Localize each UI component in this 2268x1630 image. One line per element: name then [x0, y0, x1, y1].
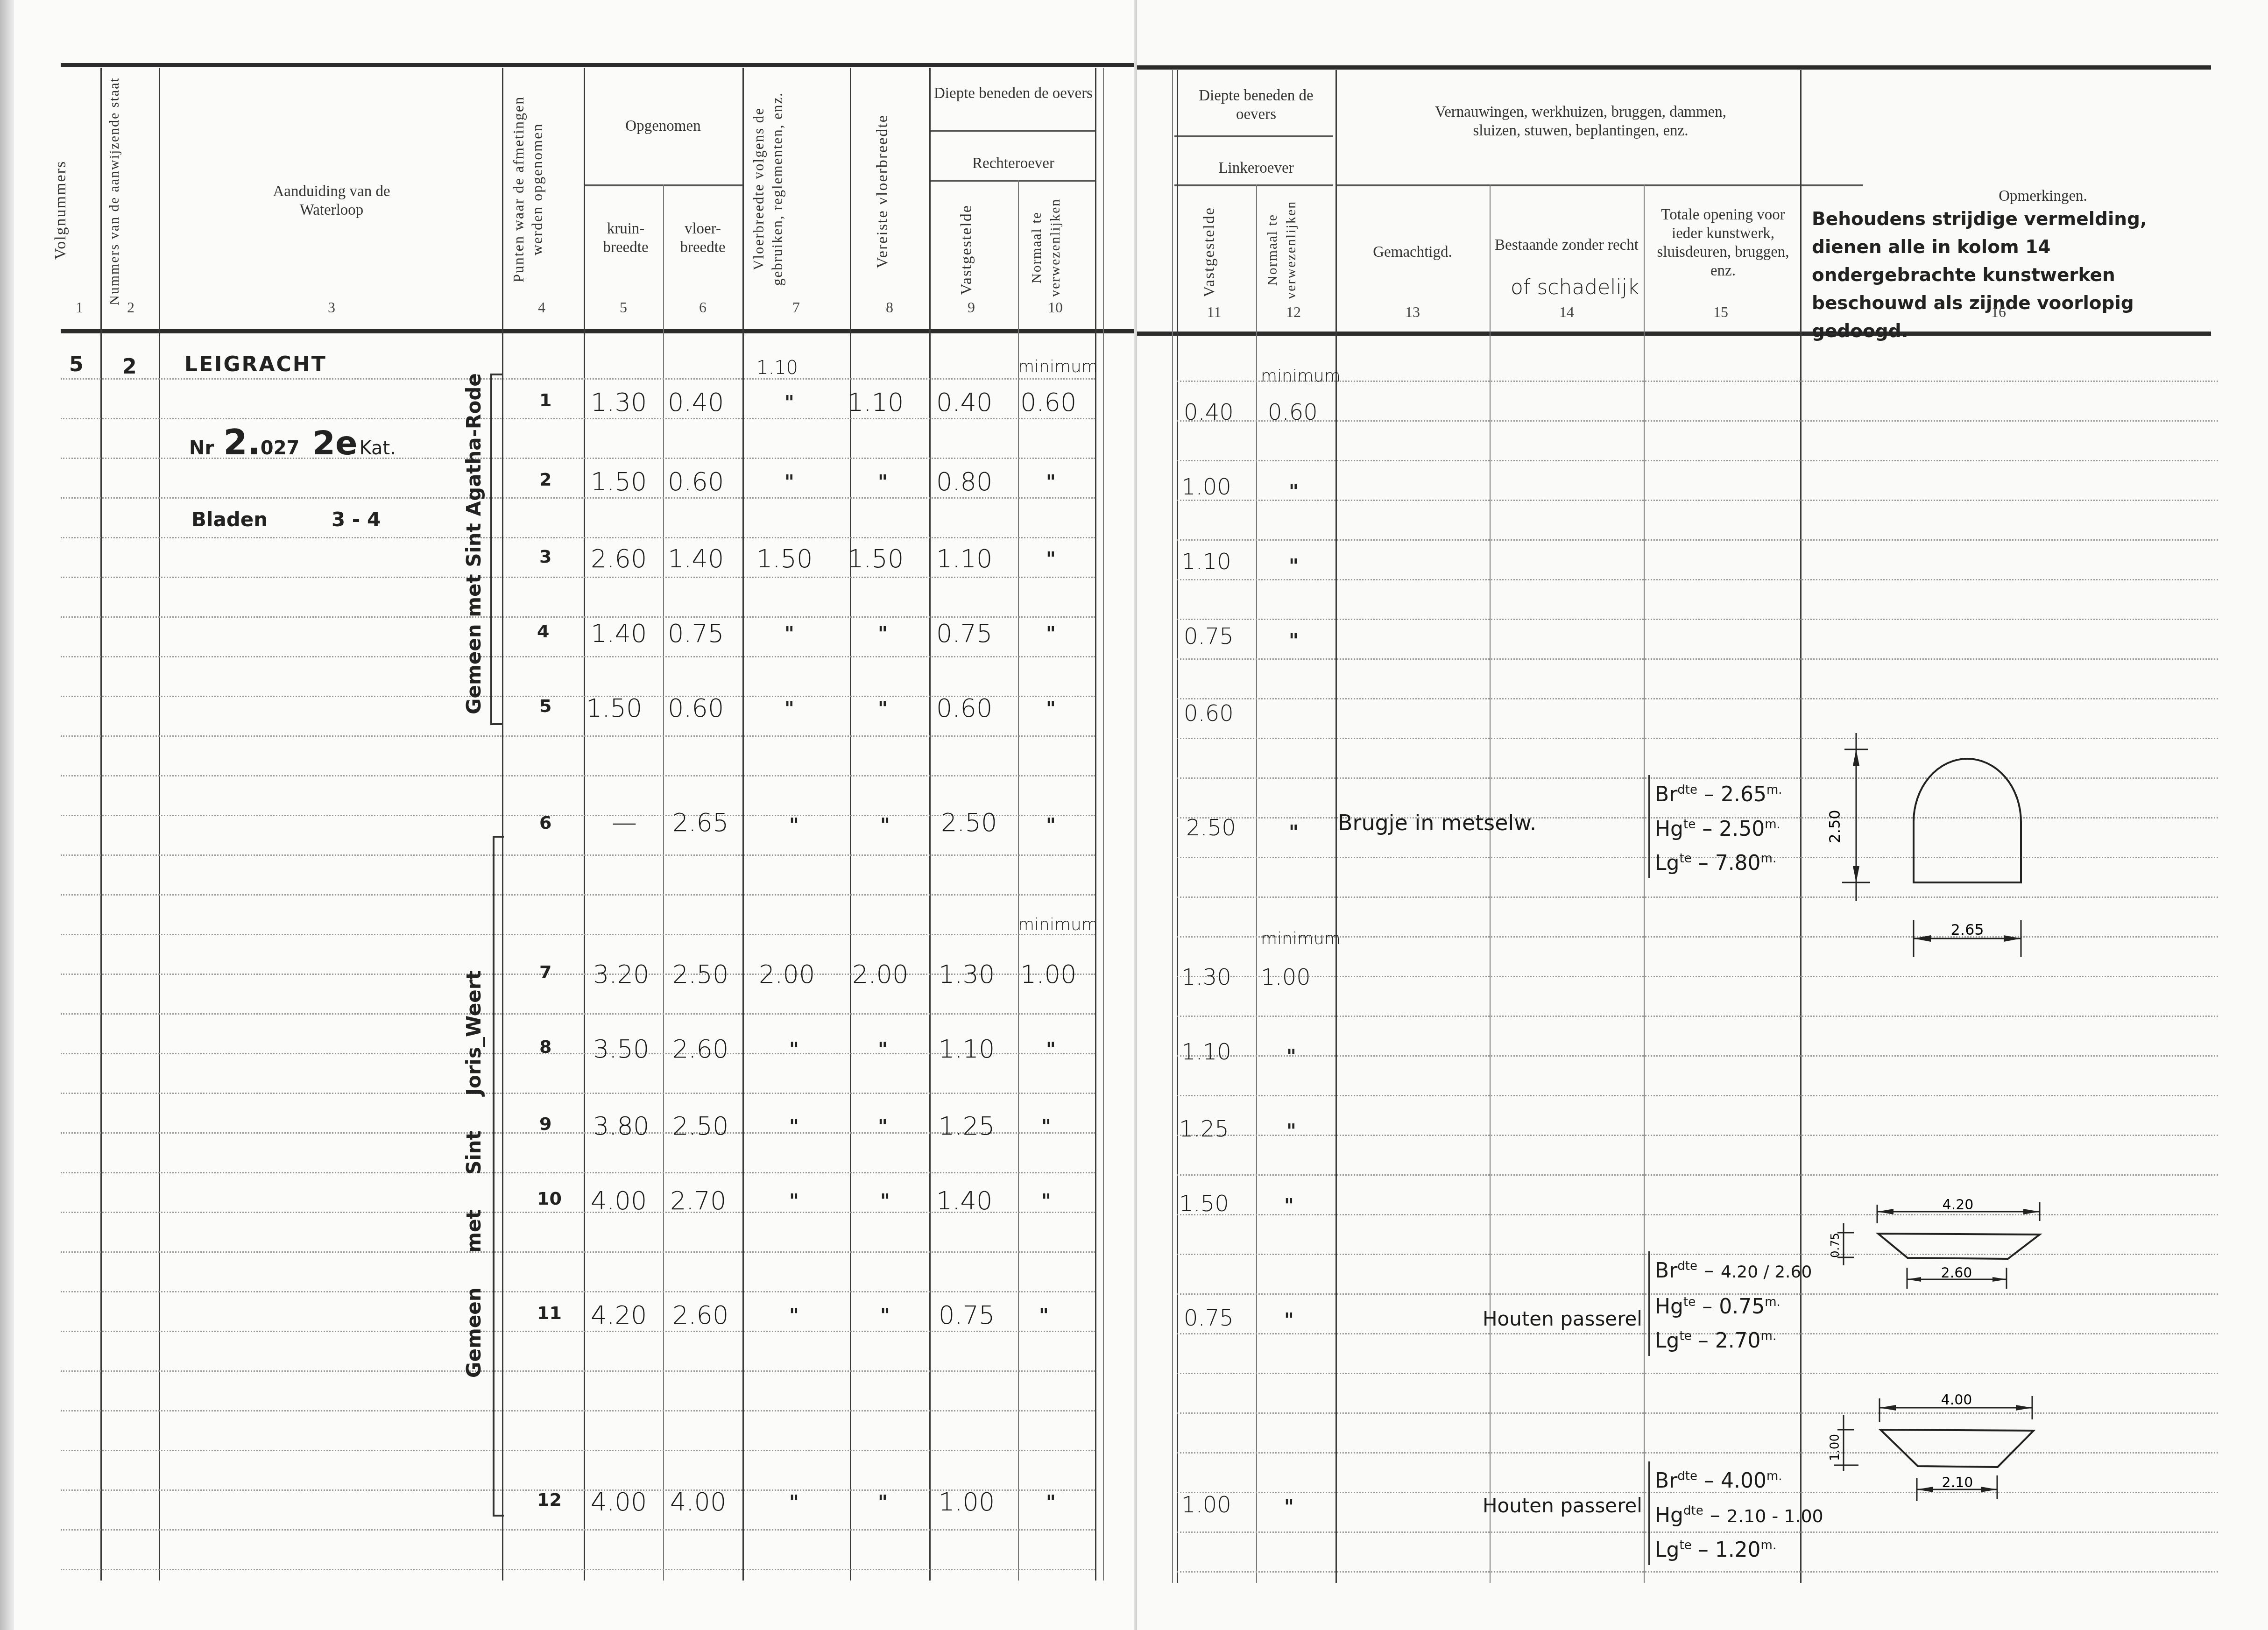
header-vloerbreedte-gebruiken: Vloerbreedte volgens de gebruiken, regle…	[749, 70, 843, 308]
header-vernauwingen: Vernauwingen, werkhuizen, bruggen, damme…	[1417, 103, 1744, 140]
normaal-l: "	[1286, 1121, 1296, 1142]
dim-value: 2.50	[1719, 817, 1765, 840]
punt: 11	[537, 1303, 562, 1323]
header-opmerkingen: Opmerkingen.	[1973, 187, 2113, 205]
punt: 12	[537, 1489, 562, 1510]
col-divider	[100, 68, 102, 1581]
waterloop-number: Nr 2.027 2e Kat.	[189, 423, 396, 463]
row-line	[61, 1410, 1095, 1411]
dim-unit: m.	[1761, 1538, 1777, 1552]
row-line	[1177, 1016, 2218, 1017]
row-line	[61, 378, 1095, 380]
vloerbreedte: 4.00	[670, 1487, 726, 1517]
header-vastgestelde-r: Vastgestelde	[957, 191, 990, 308]
dim-value: 0.75	[1719, 1294, 1765, 1318]
vastgestelde-r: 0.80	[936, 467, 992, 496]
col-number: 4	[528, 299, 556, 316]
municipality-bracket-2	[493, 836, 504, 1517]
dim-sup: te	[1679, 852, 1691, 866]
nr-prefix: Nr	[189, 437, 214, 459]
dim-sup: te	[1683, 1295, 1696, 1309]
row-line	[61, 1331, 1095, 1332]
vastgestelde-r: 1.00	[939, 1487, 995, 1517]
row-line	[1177, 1174, 2218, 1176]
waterloop-name: LEIGRACHT	[184, 353, 327, 376]
row-line	[1177, 698, 2218, 699]
structure-dims: Brdte – 4.20 / 2.60 Hgte – 0.75m. Lgte –…	[1648, 1251, 1812, 1356]
vastgestelde-r: 0.60	[936, 693, 992, 723]
normaal-l: "	[1289, 481, 1299, 502]
dim-sup: dte	[1677, 1469, 1697, 1483]
kruinbreedte: 1.40	[591, 619, 647, 648]
col12-note-2: minimum	[1261, 929, 1341, 948]
dim-unit: m.	[1766, 783, 1782, 797]
kruinbreedte: 3.80	[593, 1111, 649, 1141]
kruinbreedte: 4.20	[591, 1300, 647, 1330]
header-vastgestelde-l: Vastgestelde	[1200, 196, 1233, 308]
right-page: Diepte beneden de oevers Linkeroever Vas…	[1137, 0, 2268, 1630]
vloerbreedte: 1.40	[668, 544, 724, 573]
vereiste: "	[878, 698, 888, 720]
row-line	[61, 815, 1095, 816]
structure-name: Houten passerel	[1483, 1494, 1642, 1517]
dim-sup: dte	[1677, 783, 1697, 797]
dim-unit: m.	[1766, 1469, 1782, 1483]
row-line	[61, 894, 1095, 896]
linkeroever-rule	[1174, 184, 1333, 186]
col-divider	[1103, 68, 1104, 1581]
row-line	[1177, 579, 2218, 580]
kategorie: 2e	[312, 424, 357, 462]
kruinbreedte: 2.60	[591, 544, 647, 573]
punt: 1	[539, 390, 551, 410]
header-gemachtigd: Gemachtigd.	[1338, 243, 1487, 261]
punt: 8	[539, 1037, 551, 1057]
row-line	[61, 934, 1095, 935]
col-number: 11	[1200, 303, 1228, 321]
dim-label: Hg	[1655, 1503, 1683, 1527]
vloerbreedte: 2.70	[670, 1186, 726, 1215]
col-divider	[1172, 70, 1173, 1583]
vloerbreedte: 2.60	[672, 1300, 728, 1330]
col-number: 15	[1707, 303, 1735, 321]
arch-height-label: 2.50	[1826, 810, 1844, 843]
vereiste: "	[878, 472, 888, 493]
normaal-l: "	[1289, 630, 1299, 652]
col-divider	[850, 68, 851, 1581]
vloerbreedte-gebruiken: "	[784, 698, 794, 720]
col-number: 14	[1553, 303, 1581, 321]
punt: 10	[537, 1188, 562, 1209]
remark-text: Behoudens strijdige vermelding, dienen a…	[1812, 205, 2199, 346]
arch-width-label: 2.65	[1950, 921, 1984, 938]
header-totale-opening: Totale opening voor ieder kunstwerk, slu…	[1648, 205, 1798, 280]
normaal-r: 1.00	[1020, 960, 1076, 989]
vloerbreedte: 2.50	[672, 960, 728, 989]
header-diepte: Diepte beneden de oevers	[1179, 86, 1333, 124]
col-number: 3	[318, 299, 346, 316]
dim-sup: te	[1679, 1538, 1691, 1552]
dim-label: Lg	[1655, 1538, 1679, 1562]
nr-main: 2.	[223, 423, 261, 463]
row-line	[61, 1529, 1095, 1531]
row-line	[61, 1370, 1095, 1372]
dim-unit: m.	[1765, 818, 1780, 832]
dim-value: 7.80	[1715, 851, 1761, 875]
header-rechteroever: Rechteroever	[934, 154, 1093, 173]
structure-name: Brugje in metselw.	[1338, 810, 1536, 835]
vastgestelde-l: 1.25	[1179, 1116, 1229, 1142]
col-number: 9	[957, 299, 985, 316]
passerel-1-height-label: 0.75	[1829, 1233, 1842, 1257]
dim-label: Br	[1655, 1259, 1677, 1283]
vastgestelde-r: 0.75	[936, 619, 992, 648]
vereiste: 1.10	[848, 388, 904, 417]
col-number: 10	[1041, 299, 1069, 316]
vloerbreedte-gebruiken: 2.00	[759, 960, 815, 989]
row-line	[61, 1013, 1095, 1015]
header-volgnummers: Volgnummers	[51, 112, 79, 308]
row-line	[61, 854, 1095, 856]
vloerbreedte: 2.50	[672, 1111, 728, 1141]
col-divider	[1800, 70, 1802, 1583]
normaal-l: "	[1284, 1496, 1294, 1518]
row-line	[1177, 1135, 2218, 1136]
row-line	[61, 497, 1095, 499]
normaal-r: 0.60	[1020, 388, 1076, 417]
arch-bridge-drawing: 2.50 2.65	[1821, 733, 2064, 976]
vastgestelde-l: 1.10	[1181, 549, 1231, 575]
row-line	[61, 1251, 1095, 1253]
vereiste: 2.00	[852, 960, 908, 989]
page-edge	[0, 0, 14, 1630]
top-rule	[61, 63, 1135, 67]
vloerbreedte-gebruiken: "	[789, 1492, 799, 1513]
municipality-label-2: Gemeen met Sint Joris_Weert	[462, 840, 485, 1508]
normaal-r: "	[1046, 549, 1056, 570]
normaal-r: "	[1041, 1116, 1051, 1137]
vastgestelde-l: 1.10	[1181, 1039, 1231, 1065]
vereiste: "	[878, 623, 888, 645]
vloerbreedte: 0.40	[668, 388, 724, 417]
punt: 4	[537, 621, 549, 642]
punt: 2	[539, 469, 551, 490]
vereiste: "	[878, 1039, 888, 1060]
row-line	[1177, 539, 2218, 541]
vloerbreedte-gebruiken: "	[789, 1305, 799, 1327]
dim-value: 2.65	[1721, 783, 1766, 806]
kruinbreedte: 3.50	[593, 1034, 649, 1064]
col12-note-1: minimum	[1261, 367, 1341, 386]
row-line	[61, 616, 1095, 618]
dim-breedte: Brdte – 2.65m.	[1655, 775, 1782, 810]
col-divider	[159, 68, 160, 1581]
vereiste: "	[880, 815, 890, 836]
vastgestelde-r: 1.10	[939, 1034, 995, 1064]
normaal-r: "	[1046, 472, 1056, 493]
header-vereiste-vloerbreedte: Vereiste vloerbreedte	[873, 93, 906, 289]
dim-lengte: Lgte – 7.80m.	[1655, 844, 1782, 878]
staat-nummer: 2	[122, 355, 137, 379]
vastgestelde-l: 1.00	[1181, 474, 1231, 500]
row-line	[61, 1093, 1095, 1094]
col-divider	[1335, 70, 1337, 1583]
passerel-drawing-2: 4.00 2.10 1.00	[1821, 1307, 2064, 1513]
row-line	[1177, 1095, 2218, 1096]
dim-unit: m.	[1761, 852, 1777, 866]
normaal-r: "	[1046, 1492, 1056, 1513]
vastgestelde-l: 0.75	[1184, 623, 1234, 649]
vloerbreedte-gebruiken: "	[789, 1191, 799, 1212]
diepte-rule	[1174, 135, 1333, 137]
col-number: 1	[65, 299, 93, 316]
dim-label: Lg	[1655, 1329, 1679, 1353]
vastgestelde-l: 1.00	[1181, 1492, 1231, 1518]
dim-label: Hg	[1655, 817, 1683, 840]
vloerbreedte-gebruiken: "	[789, 1116, 799, 1137]
header-aanduiding: Aanduiding van de Waterloop	[261, 182, 402, 219]
header-punten: Punten waar de afmetingen werden opgenom…	[509, 70, 579, 308]
row-line	[61, 1450, 1095, 1451]
diepte-rule	[929, 130, 1095, 132]
vastgestelde-l: 2.50	[1186, 815, 1236, 841]
dim-value: 1.20	[1715, 1538, 1761, 1562]
municipality-label-1: Gemeen met Sint Agatha-Rode	[462, 369, 485, 714]
punt: 9	[539, 1114, 551, 1134]
col-number: 5	[609, 299, 637, 316]
kruinbreedte: 1.50	[586, 693, 642, 723]
kruinbreedte: 4.00	[591, 1186, 647, 1215]
dim-breedte: Brdte – 4.00m.	[1655, 1461, 1823, 1496]
normaal-r: "	[1039, 1305, 1049, 1327]
header-nummers-staat: Nummers van de aanwijzende staat	[105, 75, 152, 308]
row-line	[61, 1172, 1095, 1173]
kruinbreedte: 1.50	[591, 467, 647, 496]
vloerbreedte-gebruiken: "	[789, 1039, 799, 1060]
vastgestelde-r: 0.40	[936, 388, 992, 417]
dim-unit: m.	[1761, 1329, 1777, 1343]
kruinbreedte: —	[612, 808, 637, 837]
dim-value: 4.20 / 2.60	[1721, 1263, 1812, 1282]
structure-dims: Brdte – 2.65m. Hgte – 2.50m. Lgte – 7.80…	[1648, 775, 1782, 878]
vereiste: "	[878, 1492, 888, 1513]
col-divider	[742, 68, 744, 1581]
bladen-label: Bladen	[191, 508, 268, 531]
normaal-r: "	[1046, 815, 1056, 836]
header-normaal-r: Normaal te verwezenlijken	[1027, 187, 1088, 308]
vloerbreedte: 0.75	[668, 619, 724, 648]
header-vloerbreedte: vloer-breedte	[665, 219, 740, 257]
dim-lengte: Lgte – 1.20m.	[1655, 1531, 1823, 1565]
dim-sup: dte	[1683, 1504, 1703, 1518]
kruinbreedte: 4.00	[591, 1487, 647, 1517]
kruinbreedte: 3.20	[593, 960, 649, 989]
row-line	[61, 735, 1095, 737]
passerel-2-height-label: 1.00	[1828, 1434, 1842, 1461]
row-line	[61, 1291, 1095, 1292]
header-diepte: Diepte beneden de oevers	[934, 84, 1093, 103]
vloerbreedte: 2.60	[672, 1034, 728, 1064]
header-kruinbreedte: kruin-breedte	[588, 219, 663, 257]
vloerbreedte: 0.60	[668, 467, 724, 496]
vastgestelde-r: 1.25	[939, 1111, 995, 1141]
header-normaal-l: Normaal te verwezenlijken	[1263, 191, 1324, 308]
dim-hoogte: Hgte – 2.50m.	[1655, 810, 1782, 844]
col-divider	[584, 68, 585, 1581]
col10-note-1: minimum	[1018, 357, 1098, 376]
dim-value: 2.70	[1715, 1329, 1761, 1353]
row-line	[61, 775, 1095, 776]
normaal-l: "	[1286, 1046, 1296, 1067]
vastgestelde-r: 1.10	[936, 544, 992, 573]
header-opgenomen: Opgenomen	[588, 117, 738, 135]
passerel-1-bottom-label: 2.60	[1941, 1265, 1972, 1281]
kruinbreedte: 1.30	[591, 388, 647, 417]
dim-breedte: Brdte – 4.20 / 2.60	[1655, 1251, 1812, 1287]
vastgestelde-l: 0.75	[1184, 1305, 1234, 1331]
col-number: 7	[782, 299, 810, 316]
header-bestaande: Bestaande zonder recht	[1494, 236, 1639, 254]
vloerbreedte: 0.60	[668, 693, 724, 723]
row-line	[61, 418, 1095, 419]
vastgestelde-r: 1.30	[939, 960, 995, 989]
row-line	[1177, 1571, 2218, 1573]
vereiste: 1.50	[848, 544, 904, 573]
rechteroever-rule	[929, 180, 1095, 182]
dim-unit: m.	[1765, 1295, 1780, 1309]
dim-hoogte: Hgdte – 2.10 - 1.00	[1655, 1496, 1823, 1531]
dim-label: Br	[1655, 783, 1677, 806]
row-line	[1177, 1055, 2218, 1057]
row-line	[61, 1569, 1095, 1570]
passerel-drawing-1: 4.20 2.60 0.75	[1821, 1195, 2064, 1307]
row-line	[1177, 500, 2218, 501]
top-rule	[1137, 65, 2211, 70]
row-line	[61, 537, 1095, 538]
normaal-l: "	[1289, 822, 1299, 843]
left-page: Volgnummers Nummers van de aanwijzende s…	[0, 0, 1137, 1630]
col-number: 6	[689, 299, 717, 316]
row-line	[1177, 619, 2218, 620]
dim-sup: te	[1679, 1329, 1691, 1343]
dim-label: Br	[1655, 1469, 1677, 1493]
punt: 3	[539, 546, 551, 567]
col-number: 16	[1985, 303, 2013, 321]
col-divider	[929, 68, 931, 1581]
col-number: 2	[117, 299, 145, 316]
passerel-1-top-label: 4.20	[1943, 1197, 1974, 1213]
dim-label: Lg	[1655, 851, 1679, 875]
normaal-l: "	[1284, 1310, 1294, 1331]
passerel-2-bottom-label: 2.10	[1942, 1475, 1973, 1491]
vloerbreedte-gebruiken: "	[784, 623, 794, 645]
vloerbreedte-gebruiken: "	[784, 472, 794, 493]
dim-sup: dte	[1677, 1259, 1697, 1273]
bladen-value: 3 - 4	[332, 508, 381, 531]
vereiste: "	[880, 1191, 890, 1212]
row-line	[1177, 420, 2218, 422]
municipality-bracket-1	[490, 374, 502, 725]
punt: 7	[539, 962, 551, 982]
dim-value: 2.10 - 1.00	[1727, 1505, 1823, 1526]
punt: 6	[539, 812, 551, 833]
vastgestelde-r: 0.75	[939, 1300, 995, 1330]
col-divider	[1095, 68, 1096, 1581]
normaal-r: "	[1046, 1039, 1056, 1060]
col-divider	[1177, 70, 1178, 1583]
dim-hoogte: Hgte – 0.75m.	[1655, 1287, 1812, 1322]
vloerbreedte-gebruiken: "	[784, 392, 794, 414]
row-line	[1177, 460, 2218, 461]
row-line	[1177, 658, 2218, 660]
normaal-l: "	[1284, 1195, 1294, 1217]
vernauwingen-rule	[1335, 184, 1863, 186]
dim-value: 4.00	[1721, 1469, 1766, 1493]
dim-sup: te	[1683, 818, 1696, 832]
volgnummer: 5	[69, 353, 84, 376]
vloerbreedte: 2.65	[672, 808, 728, 837]
row-line	[61, 656, 1095, 657]
col10-note-2: minimum	[1018, 915, 1098, 934]
normaal-l: 0.60	[1268, 399, 1318, 425]
normaal-l: "	[1289, 556, 1299, 577]
nr-sub: 027	[261, 437, 300, 459]
punt: 5	[539, 696, 551, 716]
row-line	[1177, 976, 2218, 977]
col-number: 8	[876, 299, 904, 316]
passerel-2-top-label: 4.00	[1941, 1392, 1972, 1408]
col-number: 13	[1399, 303, 1427, 321]
vastgestelde-l: 0.60	[1184, 700, 1234, 727]
dim-lengte: Lgte – 2.70m.	[1655, 1321, 1812, 1356]
normaal-l: 1.00	[1261, 964, 1311, 990]
vloerbreedte-gebruiken: 1.50	[756, 544, 813, 573]
vastgestelde-l: 1.50	[1179, 1191, 1229, 1217]
dim-label: Hg	[1655, 1294, 1683, 1318]
structure-dims: Brdte – 4.00m. Hgdte – 2.10 - 1.00 Lgte …	[1648, 1461, 1823, 1565]
kategorie-suffix: Kat.	[360, 437, 396, 459]
col7-note: 1.10	[756, 357, 798, 379]
header-of-schadelijk: of schadelijk	[1511, 275, 1639, 299]
vastgestelde-r: 1.40	[936, 1186, 992, 1215]
structure-name: Houten passerel	[1483, 1307, 1642, 1330]
normaal-r: "	[1046, 623, 1056, 645]
vloerbreedte-gebruiken: "	[789, 815, 799, 836]
vereiste: "	[878, 1116, 888, 1137]
normaal-r: "	[1041, 1191, 1051, 1212]
vastgestelde-l: 1.30	[1181, 964, 1231, 990]
vastgestelde-r: 2.50	[941, 808, 997, 837]
normaal-r: "	[1046, 698, 1056, 720]
header-linkeroever: Linkeroever	[1179, 159, 1333, 177]
col-number: 12	[1279, 303, 1307, 321]
vastgestelde-l: 0.40	[1184, 399, 1234, 425]
header-bottom-rule	[61, 329, 1135, 333]
row-line	[61, 577, 1095, 578]
vereiste: "	[880, 1305, 890, 1327]
